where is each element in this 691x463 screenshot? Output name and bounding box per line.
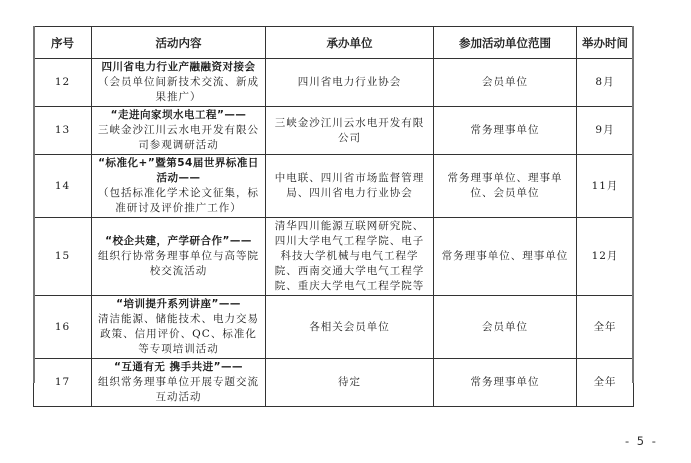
cell-serial-no: 12 (34, 59, 92, 107)
activity-description: （会员单位间新技术交流、新成果推广） (96, 75, 261, 105)
activity-description: 组织常务理事单位开展专题交流互动活动 (96, 375, 261, 405)
cell-organizer: 清华四川能源互联网研究院、四川大学电气工程学院、电子科技大学机械与电气工程学院、… (266, 218, 434, 296)
cell-serial-no: 17 (34, 359, 92, 407)
table-row: 17 “互通有无 携手共进”—— 组织常务理事单位开展专题交流互动活动 待定 常… (34, 359, 634, 407)
activity-description: （包括标准化学术论文征集，标准研讨及评价推广工作） (96, 186, 261, 216)
cell-activity-content: “互通有无 携手共进”—— 组织常务理事单位开展专题交流互动活动 (92, 359, 266, 407)
header-serial-no: 序号 (34, 27, 92, 59)
cell-participant-scope: 会员单位 (434, 59, 577, 107)
table-header-row: 序号 活动内容 承办单位 参加活动单位范围 举办时间 (34, 27, 634, 59)
activity-title: 四川省电力行业产融融资对接会 (96, 60, 261, 75)
cell-organizer: 各相关会员单位 (266, 296, 434, 359)
table-row: 12 四川省电力行业产融融资对接会 （会员单位间新技术交流、新成果推广） 四川省… (34, 59, 634, 107)
table-right-border (632, 26, 634, 383)
cell-time: 8月 (577, 59, 634, 107)
cell-activity-content: “校企共建，产学研合作”—— 组织行协常务理事单位与高等院校交流活动 (92, 218, 266, 296)
header-time: 举办时间 (577, 27, 634, 59)
activity-description: 清洁能源、储能技术、电力交易政策、信用评价、QC、标准化等专项培训活动 (96, 312, 261, 357)
cell-time: 12月 (577, 218, 634, 296)
header-activity-content: 活动内容 (92, 27, 266, 59)
header-organizer: 承办单位 (266, 27, 434, 59)
table-row: 15 “校企共建，产学研合作”—— 组织行协常务理事单位与高等院校交流活动 清华… (34, 218, 634, 296)
cell-serial-no: 15 (34, 218, 92, 296)
cell-activity-content: “培训提升系列讲座”—— 清洁能源、储能技术、电力交易政策、信用评价、QC、标准… (92, 296, 266, 359)
cell-participant-scope: 常务理事单位 (434, 359, 577, 407)
cell-participant-scope: 会员单位 (434, 296, 577, 359)
table-row: 13 “走进向家坝水电工程”—— 三峡金沙江川云水电开发有限公司参观调研活动 三… (34, 107, 634, 155)
cell-time: 全年 (577, 296, 634, 359)
activity-schedule-table: 序号 活动内容 承办单位 参加活动单位范围 举办时间 12 四川省电力行业产融融… (33, 26, 634, 407)
cell-serial-no: 16 (34, 296, 92, 359)
cell-activity-content: “走进向家坝水电工程”—— 三峡金沙江川云水电开发有限公司参观调研活动 (92, 107, 266, 155)
activity-title: “标准化+”暨第54届世界标准日活动—— (96, 156, 261, 186)
cell-serial-no: 13 (34, 107, 92, 155)
activity-description: 三峡金沙江川云水电开发有限公司参观调研活动 (96, 123, 261, 153)
activity-title: “走进向家坝水电工程”—— (96, 108, 261, 123)
cell-serial-no: 14 (34, 155, 92, 218)
table-left-border (33, 26, 35, 383)
activity-description: 组织行协常务理事单位与高等院校交流活动 (96, 249, 261, 279)
cell-time: 全年 (577, 359, 634, 407)
cell-time: 11月 (577, 155, 634, 218)
activity-title: “培训提升系列讲座”—— (96, 297, 261, 312)
cell-activity-content: 四川省电力行业产融融资对接会 （会员单位间新技术交流、新成果推广） (92, 59, 266, 107)
activity-title: “校企共建，产学研合作”—— (96, 234, 261, 249)
cell-organizer: 待定 (266, 359, 434, 407)
cell-participant-scope: 常务理事单位 (434, 107, 577, 155)
activity-title: “互通有无 携手共进”—— (96, 360, 261, 375)
header-participant-scope: 参加活动单位范围 (434, 27, 577, 59)
table-row: 14 “标准化+”暨第54届世界标准日活动—— （包括标准化学术论文征集，标准研… (34, 155, 634, 218)
page-number: - 5 - (625, 434, 658, 448)
cell-organizer: 三峡金沙江川云水电开发有限公司 (266, 107, 434, 155)
cell-organizer: 四川省电力行业协会 (266, 59, 434, 107)
cell-organizer: 中电联、四川省市场监督管理局、四川省电力行业协会 (266, 155, 434, 218)
cell-participant-scope: 常务理事单位、理事单位 (434, 218, 577, 296)
table-row: 16 “培训提升系列讲座”—— 清洁能源、储能技术、电力交易政策、信用评价、QC… (34, 296, 634, 359)
cell-time: 9月 (577, 107, 634, 155)
cell-activity-content: “标准化+”暨第54届世界标准日活动—— （包括标准化学术论文征集，标准研讨及评… (92, 155, 266, 218)
cell-participant-scope: 常务理事单位、理事单位、会员单位 (434, 155, 577, 218)
